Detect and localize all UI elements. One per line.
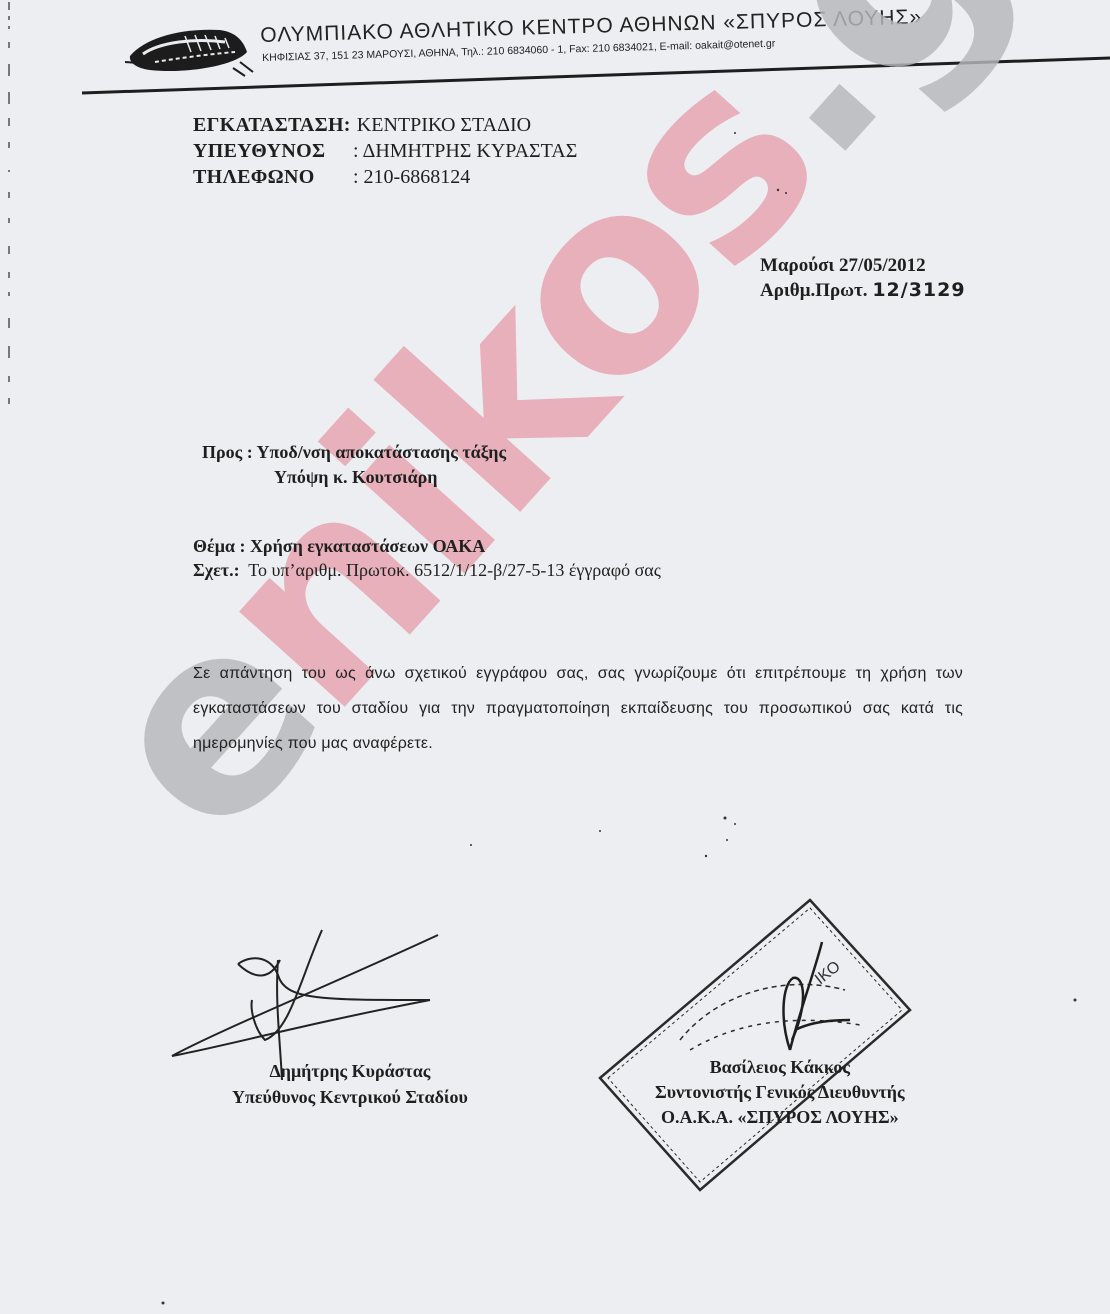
header-rule xyxy=(0,0,1110,110)
left-signatory-title: Υπεύθυνος Κεντρικού Σταδίου xyxy=(232,1084,468,1110)
responsible-label: ΥΠΕΥΘΥΝΟΣ xyxy=(193,138,353,164)
phone-value: : 210-6868124 xyxy=(353,164,470,190)
svg-text:ΙΚΟ: ΙΚΟ xyxy=(812,958,844,988)
facility-info: ΕΓΚΑΤΑΣΤΑΣΗ: ΚΕΝΤΡΙΚΟ ΣΤΑΔΙΟ ΥΠΕΥΘΥΝΟΣ :… xyxy=(193,112,577,190)
right-signatory-title: Συντονιστής Γενικός Διευθυντής xyxy=(655,1080,905,1105)
right-signature-icon xyxy=(784,942,850,1050)
subject-value: Χρήση εγκαταστάσεων ΟΑΚΑ xyxy=(250,536,485,556)
official-stamp-icon: ΙΚΟ xyxy=(600,900,910,1190)
reference-label: Σχετ.: xyxy=(193,560,240,580)
phone-label: ΤΗΛΕΦΩΝΟ xyxy=(193,164,353,190)
protocol-number: 12/3129 xyxy=(872,279,965,301)
recipient-line: Προς : Υποδ/νση αποκατάστασης τάξης xyxy=(202,440,506,465)
facility-value: ΚΕΝΤΡΙΚΟ ΣΤΑΔΙΟ xyxy=(357,112,531,138)
recipient-block: Προς : Υποδ/νση αποκατάστασης τάξης Υπόψ… xyxy=(202,440,506,490)
protocol-label: Αριθμ.Πρωτ. xyxy=(760,280,868,301)
letter-body: Σε απάντηση του ως άνω σχετικού εγγράφου… xyxy=(193,656,963,761)
subject-block: Θέμα : Χρήση εγκαταστάσεων ΟΑΚΑ Σχετ.: Τ… xyxy=(193,534,661,582)
right-signatory-org: Ο.Α.Κ.Α. «ΣΠΥΡΟΣ ΛΟΥΗΣ» xyxy=(655,1105,905,1130)
subject-label: Θέμα : xyxy=(193,536,245,556)
facility-label: ΕΓΚΑΤΑΣΤΑΣΗ: xyxy=(193,112,351,138)
responsible-value: : ΔΗΜΗΤΡΗΣ ΚΥΡΑΣΤΑΣ xyxy=(353,138,577,164)
reference-value: Το υπ’αριθμ. Πρωτοκ. 6512/1/12-β/27-5-13… xyxy=(248,560,661,580)
attention-line: Υπόψη κ. Κουτσιάρη xyxy=(202,465,506,490)
right-signatory-name: Βασίλειος Κάκκος xyxy=(655,1055,905,1080)
right-signatory: Βασίλειος Κάκκος Συντονιστής Γενικός Διε… xyxy=(655,1055,905,1130)
date-block: Μαρούσι 27/05/2012 Αριθμ.Πρωτ. 12/3129 xyxy=(760,254,966,303)
left-signatory: Δημήτρης Κυράστας Υπεύθυνος Κεντρικού Στ… xyxy=(232,1058,468,1110)
place-date: Μαρούσι 27/05/2012 xyxy=(760,254,966,278)
left-signatory-name: Δημήτρης Κυράστας xyxy=(232,1058,468,1084)
